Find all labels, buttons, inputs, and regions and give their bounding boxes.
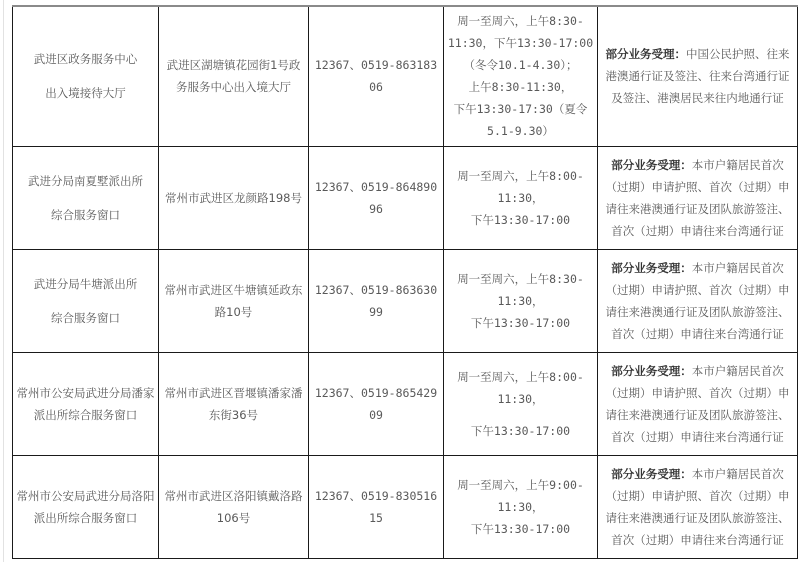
location-name-line: 武进分局南夏墅派出所 bbox=[16, 164, 155, 198]
location-name-cell: 武进分局南夏墅派出所 综合服务窗口 bbox=[13, 146, 159, 249]
location-name-cell: 武进区政务服务中心 出入境接待大厅 bbox=[13, 6, 159, 146]
page-edge-line bbox=[3, 0, 4, 562]
location-name-line: 综合服务窗口 bbox=[16, 198, 155, 232]
hours-line: 下午13:30-17:00 bbox=[447, 420, 594, 442]
hours-line: 上午8:30-11:30， bbox=[447, 76, 594, 98]
services-cell: 部分业务受理：本市户籍居民首次（过期）申请护照、首次（过期）申请往来港澳通行证及… bbox=[598, 352, 798, 455]
table-row: 武进区政务服务中心 出入境接待大厅 武进区湖塘镇花园街1号政务服务中心出入境大厅… bbox=[13, 6, 798, 146]
table-row: 常州市公安局武进分局潘家派出所综合服务窗口 常州市武进区晋堰镇潘家潘东街36号 … bbox=[13, 352, 798, 455]
services-label: 部分业务受理： bbox=[606, 47, 687, 61]
services-label: 部分业务受理： bbox=[611, 261, 692, 275]
hours-line bbox=[447, 410, 594, 420]
phone-cell: 12367、0519-86542909 bbox=[309, 352, 444, 455]
hours-line: 下午13:30-17:30（夏令 bbox=[447, 98, 594, 120]
hours-cell: 周一至周六，上午8:30- 11:30， 下午13:30-17:00 bbox=[444, 249, 598, 352]
phone-cell: 12367、0519-83051615 bbox=[309, 455, 444, 558]
services-cell: 部分业务受理：本市户籍居民首次（过期）申请护照、首次（过期）申请往来港澳通行证及… bbox=[598, 249, 798, 352]
hours-line: 周一至周六，上午9:00- bbox=[447, 474, 594, 496]
hours-line: （冬令10.1-4.30）； bbox=[447, 54, 594, 76]
hours-line: 5.1-9.30） bbox=[447, 120, 594, 142]
service-locations-table: 武进区政务服务中心 出入境接待大厅 武进区湖塘镇花园街1号政务服务中心出入境大厅… bbox=[12, 5, 798, 559]
hours-line: 周一至周六，上午8:30- bbox=[447, 268, 594, 290]
location-name-line: 综合服务窗口 bbox=[16, 301, 155, 335]
services-label: 部分业务受理： bbox=[611, 467, 692, 481]
hours-line: 11:30， bbox=[447, 187, 594, 209]
hours-line: 周一至周六，上午8:00- bbox=[447, 366, 594, 388]
services-cell: 部分业务受理：本市户籍居民首次（过期）申请护照、首次（过期）申请往来港澳通行证及… bbox=[598, 146, 798, 249]
services-cell: 部分业务受理：中国公民护照、往来港澳通行证及签注、往来台湾通行证及签注、港澳居民… bbox=[598, 6, 798, 146]
location-name-line: 常州市公安局武进分局潘家派出所综合服务窗口 bbox=[16, 382, 155, 426]
location-name-line: 武进分局牛塘派出所 bbox=[16, 267, 155, 301]
hours-cell: 周一至周六，上午8:30- 11:30，下午13:30-17:00 （冬令10.… bbox=[444, 6, 598, 146]
hours-cell: 周一至周六，上午9:00- 11:30， 下午13:30-17:00 bbox=[444, 455, 598, 558]
address-cell: 常州市武进区龙颜路198号 bbox=[159, 146, 309, 249]
table-row: 武进分局牛塘派出所 综合服务窗口 常州市武进区牛塘镇延政东路10号 12367、… bbox=[13, 249, 798, 352]
table-row: 武进分局南夏墅派出所 综合服务窗口 常州市武进区龙颜路198号 12367、05… bbox=[13, 146, 798, 249]
services-label: 部分业务受理： bbox=[611, 364, 692, 378]
hours-line: 周一至周六，上午8:30- bbox=[447, 10, 594, 32]
hours-line: 11:30，下午13:30-17:00 bbox=[447, 32, 594, 54]
hours-line: 11:30， bbox=[447, 388, 594, 410]
hours-line: 11:30， bbox=[447, 496, 594, 518]
hours-line: 下午13:30-17:00 bbox=[447, 518, 594, 540]
location-name-line: 常州市公安局武进分局洛阳派出所综合服务窗口 bbox=[16, 485, 155, 529]
hours-line: 11:30， bbox=[447, 290, 594, 312]
hours-cell: 周一至周六，上午8:00- 11:30， 下午13:30-17:00 bbox=[444, 352, 598, 455]
address-cell: 常州市武进区晋堰镇潘家潘东街36号 bbox=[159, 352, 309, 455]
location-name-cell: 常州市公安局武进分局潘家派出所综合服务窗口 bbox=[13, 352, 159, 455]
address-cell: 武进区湖塘镇花园街1号政务服务中心出入境大厅 bbox=[159, 6, 309, 146]
hours-line: 周一至周六，上午8:00- bbox=[447, 165, 594, 187]
phone-cell: 12367、0519-86318306 bbox=[309, 6, 444, 146]
location-name-line: 出入境接待大厅 bbox=[16, 76, 155, 110]
services-cell: 部分业务受理：本市户籍居民首次（过期）申请护照、首次（过期）申请往来港澳通行证及… bbox=[598, 455, 798, 558]
location-name-line: 武进区政务服务中心 bbox=[16, 42, 155, 76]
address-cell: 常州市武进区洛阳镇戴洛路106号 bbox=[159, 455, 309, 558]
location-name-cell: 常州市公安局武进分局洛阳派出所综合服务窗口 bbox=[13, 455, 159, 558]
phone-cell: 12367、0519-86489096 bbox=[309, 146, 444, 249]
hours-line: 下午13:30-17:00 bbox=[447, 209, 594, 231]
phone-cell: 12367、0519-86363099 bbox=[309, 249, 444, 352]
services-label: 部分业务受理： bbox=[611, 158, 692, 172]
location-name-cell: 武进分局牛塘派出所 综合服务窗口 bbox=[13, 249, 159, 352]
hours-cell: 周一至周六，上午8:00- 11:30， 下午13:30-17:00 bbox=[444, 146, 598, 249]
hours-line: 下午13:30-17:00 bbox=[447, 312, 594, 334]
address-cell: 常州市武进区牛塘镇延政东路10号 bbox=[159, 249, 309, 352]
table-row: 常州市公安局武进分局洛阳派出所综合服务窗口 常州市武进区洛阳镇戴洛路106号 1… bbox=[13, 455, 798, 558]
